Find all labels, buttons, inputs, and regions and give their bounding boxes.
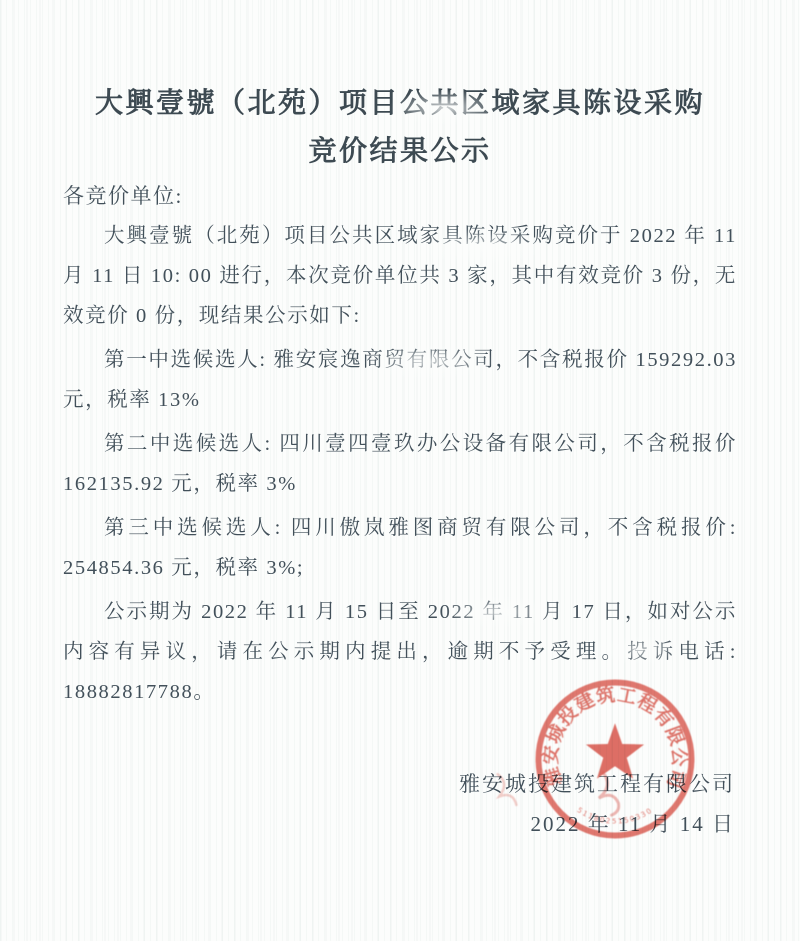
title-line-1: 大興壹號（北苑）项目公共区域家具陈设采购 [63, 80, 737, 128]
paragraph-first-candidate: 第一中选候选人: 雅安宸逸商贸有限公司，不含税报价 159292.03 元，税率… [63, 340, 737, 420]
paragraph-intro: 大興壹號（北苑）项目公共区域家具陈设采购竞价于 2022 年 11 月 11 日… [63, 216, 737, 336]
signature-block: 雅安城投建筑工程有限公司 2022 年 11 月 14 日 [63, 764, 737, 844]
document-title: 大興壹號（北苑）项目公共区域家具陈设采购 竞价结果公示 [63, 80, 737, 176]
signature-company: 雅安城投建筑工程有限公司 [63, 764, 735, 804]
paragraph-publicity-period: 公示期为 2022 年 11 月 15 日至 2022 年 11 月 17 日，… [63, 592, 737, 712]
document-page: 大興壹號（北苑）项目公共区域家具陈设采购 竞价结果公示 各竞价单位: 大興壹號（… [0, 0, 800, 941]
signature-date: 2022 年 11 月 14 日 [63, 804, 735, 844]
title-line-2: 竞价结果公示 [63, 128, 737, 176]
paragraph-second-candidate: 第二中选候选人: 四川壹四壹玖办公设备有限公司，不含税报价 162135.92 … [63, 424, 737, 504]
paragraph-third-candidate: 第三中选候选人: 四川傲岚雅图商贸有限公司，不含税报价: 254854.36 元… [63, 508, 737, 588]
salutation: 各竞价单位: [63, 176, 737, 216]
